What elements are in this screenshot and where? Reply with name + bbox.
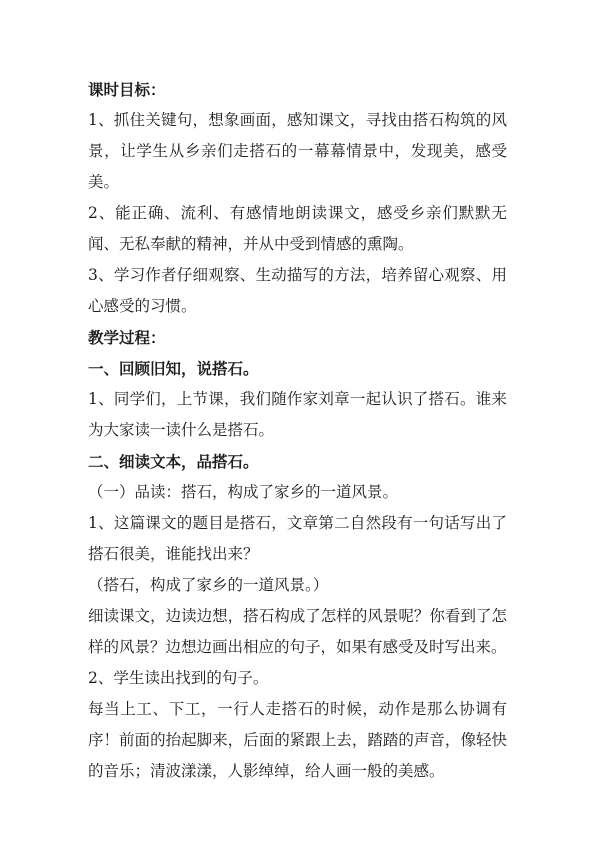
heading-section-2-close-reading: 二、细读文本，品搭石。 — [88, 446, 507, 477]
section-2-reading-point: （一）品读：搭石，构成了家乡的一道风景。 — [88, 477, 507, 508]
heading-teaching-process: 教学过程： — [88, 322, 507, 353]
objective-1: 1、抓住关键句，想象画面，感知课文，寻找由搭石构筑的风景，让学生从乡亲们走搭石的… — [88, 105, 507, 198]
section-2-step-1-question: 1、这篇课文的题目是搭石，文章第二自然段有一句话写出了搭石很美，谁能找出来？ — [88, 508, 507, 570]
section-2-step-2: 2、学生读出找到的句子。 — [88, 663, 507, 694]
section-2-answer-sentence: （搭石，构成了家乡的一道风景。） — [88, 570, 507, 601]
heading-section-1-review: 一、回顾旧知，说搭石。 — [88, 353, 507, 384]
heading-lesson-objectives: 课时目标： — [88, 74, 507, 105]
objective-3: 3、学习作者仔细观察、生动描写的方法，培养留心观察、用心感受的习惯。 — [88, 260, 507, 322]
document-page: 课时目标： 1、抓住关键句，想象画面，感知课文，寻找由搭石构筑的风景，让学生从乡… — [0, 0, 595, 842]
section-1-step-1: 1、同学们，上节课，我们随作家刘章一起认识了搭石。谁来为大家读一读什么是搭石。 — [88, 384, 507, 446]
quoted-text-passage: 每当上工、下工，一行人走搭石的时候，动作是那么协调有序！前面的抬起脚来，后面的紧… — [88, 694, 507, 787]
section-2-reading-guidance: 细读课文，边读边想，搭石构成了怎样的风景呢？你看到了怎样的风景？边想边画出相应的… — [88, 601, 507, 663]
objective-2: 2、能正确、流利、有感情地朗读课文，感受乡亲们默默无闻、无私奉献的精神，并从中受… — [88, 198, 507, 260]
